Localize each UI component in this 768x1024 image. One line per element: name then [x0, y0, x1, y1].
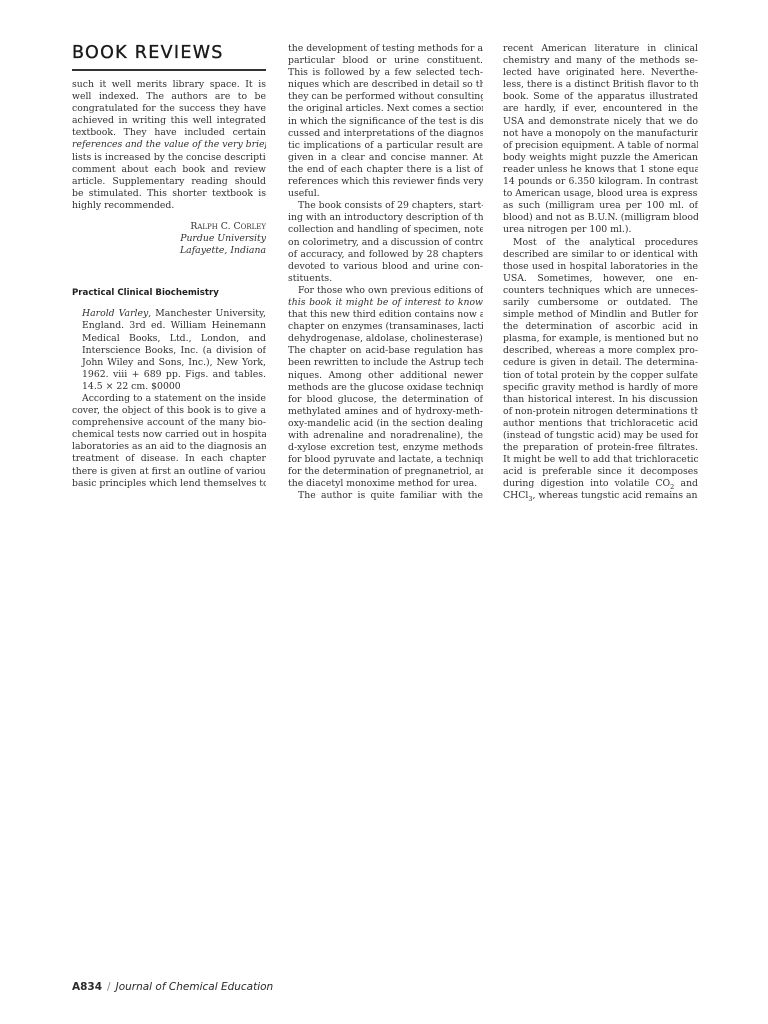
text-line: d-xylose excretion test, enzyme methods [288, 442, 483, 454]
column-2: the development of testing methods for a… [288, 43, 483, 503]
text-line: Medical Books, Ltd., London, and [72, 333, 266, 345]
text-line: as such (milligram urea per 100 ml. of [503, 200, 698, 212]
paragraph: The book consists of 29 chapters, start-… [288, 200, 483, 285]
text-line: references which this reviewer finds ver… [288, 176, 483, 188]
reviewer-signature: Ralph C. Corley Purdue University Lafaye… [72, 221, 266, 257]
text-line: of precision equipment. A table of norma… [503, 140, 698, 152]
column-3: recent American literature in clinical c… [503, 43, 698, 503]
text-line: that this new third edition contains now… [288, 309, 483, 321]
paragraph: For those who own previous editions of t… [288, 285, 483, 491]
text-line: they can be performed without consulting [288, 91, 483, 103]
text-line: niques. Among other additional newer [288, 370, 483, 382]
text-line: tion of total protein by the copper sulf… [503, 370, 698, 382]
text-line: for blood pyruvate and lactate, a techni… [288, 454, 483, 466]
text-line: treatment of disease. In each chapter [72, 453, 266, 465]
text-line: particular blood or urine constituent. [288, 55, 483, 67]
text-line: the determination of ascorbic acid in [503, 321, 698, 333]
text-line: the preparation of protein-free filtrate… [503, 442, 698, 454]
text-line: lected have originated here. Neverthe- [503, 67, 698, 79]
text-line: well indexed. The authors are to be [72, 91, 266, 103]
text-line: such it well merits library space. It is [72, 79, 266, 91]
text-line: The author is quite familiar with the [288, 490, 483, 502]
text-line: ing with an introductory description of … [288, 212, 483, 224]
text-line: CHCl3, whereas tungstic acid remains and [503, 490, 698, 502]
text-line: textbook. They have included certain [72, 127, 266, 139]
paragraph: recent American literature in clinical c… [503, 43, 698, 237]
text-line: reader unless he knows that 1 stone equa… [503, 164, 698, 176]
text-line: comprehensive account of the many bio- [72, 417, 266, 429]
review-body-start: According to a statement on the inside c… [72, 393, 266, 490]
text-line: not have a monopoly on the manufacturing [503, 128, 698, 140]
text-line: John Wiley and Sons, Inc.), New York, [72, 357, 266, 369]
text-line: comment about each book and review [72, 164, 266, 176]
text-line: cedure is given in detail. The determina… [503, 357, 698, 369]
text-line: acid is preferable since it decomposes [503, 466, 698, 478]
text-line: lists is increased by the concise descri… [72, 152, 266, 164]
reviewer-name: Ralph C. Corley [72, 221, 266, 233]
text-line: stituents. [288, 273, 483, 285]
text-line: given in a clear and concise manner. At [288, 152, 483, 164]
text-line: to American usage, blood urea is express… [503, 188, 698, 200]
header-rule [72, 69, 266, 71]
text-line: The chapter on acid-base regulation has [288, 345, 483, 357]
text-line: specific gravity method is hardly of mor… [503, 382, 698, 394]
text-line: highly recommended. [72, 200, 266, 212]
paragraph: The author is quite familiar with the [288, 490, 483, 502]
text-line: useful. [288, 188, 483, 200]
text-line: the end of each chapter there is a list … [288, 164, 483, 176]
text-line: urea nitrogen per 100 ml.). [503, 224, 698, 236]
reviewer-location: Lafayette, Indiana [72, 245, 266, 257]
text-line: tic implications of a particular result … [288, 140, 483, 152]
text-line: of accuracy, and followed by 28 chapters [288, 249, 483, 261]
page-footer: A834/Journal of Chemical Education [72, 981, 273, 993]
text-line: 14 pounds or 6.350 kilogram. In contrast [503, 176, 698, 188]
text-line: 14.5 × 22 cm. $0000 [72, 381, 266, 393]
text-line: basic principles which lend themselves t… [72, 478, 266, 490]
text-line: According to a statement on the inside [72, 393, 266, 405]
text-line: USA. Sometimes, however, one en- [503, 273, 698, 285]
text-line: body weights might puzzle the American [503, 152, 698, 164]
review-title: Practical Clinical Biochemistry [72, 287, 266, 299]
text-line: described, whereas a more complex pro- [503, 345, 698, 357]
text-line: the original articles. Next comes a sect… [288, 103, 483, 115]
text-line: than historical interest. In his discuss… [503, 394, 698, 406]
text-line: For those who own previous editions of [288, 285, 483, 297]
text-line: in which the significance of the test is… [288, 116, 483, 128]
text-line: methods are the glucose oxidase techniqu… [288, 382, 483, 394]
bibliographic-entry: Harold Varley, Manchester University, En… [72, 308, 266, 393]
reviewer-affiliation: Purdue University [72, 233, 266, 245]
text-line: are hardly, if ever, encountered in the [503, 103, 698, 115]
text-line: cussed and interpretations of the diagno… [288, 128, 483, 140]
journal-page: BOOK REVIEWS such it well merits library… [0, 0, 768, 1024]
text-line: there is given at first an outline of va… [72, 466, 266, 478]
section-header: BOOK REVIEWS [72, 43, 266, 63]
text-line: chapter on enzymes (transaminases, lacti… [288, 321, 483, 333]
text-line: references and the value of the very bri… [72, 139, 266, 151]
text-line: counters techniques which are unneces- [503, 285, 698, 297]
text-line: less, there is a distinct British flavor… [503, 79, 698, 91]
text-line: book. Some of the apparatus illustrated [503, 91, 698, 103]
journal-name: Journal of Chemical Education [116, 981, 274, 993]
paragraph: Most of the analytical procedures descri… [503, 237, 698, 503]
text-line: of non-protein nitrogen determinations t… [503, 406, 698, 418]
text-line: laboratories as an aid to the diagnosis … [72, 441, 266, 453]
text-line: cover, the object of this book is to giv… [72, 405, 266, 417]
text-line: author mentions that trichloracetic acid [503, 418, 698, 430]
text-line: plasma, for example, is mentioned but no… [503, 333, 698, 345]
text-line: methylated amines and of hydroxy-meth- [288, 406, 483, 418]
continued-review-text: such it well merits library space. It is… [72, 79, 266, 212]
text-line: recent American literature in clinical [503, 43, 698, 55]
text-line: This is followed by a few selected tech- [288, 67, 483, 79]
text-line: for the determination of pregnanetriol, … [288, 466, 483, 478]
text-line: article. Supplementary reading should [72, 176, 266, 188]
paragraph: the development of testing methods for a… [288, 43, 483, 200]
column-1: BOOK REVIEWS such it well merits library… [72, 43, 266, 490]
text-line: with adrenaline and noradrenaline), the [288, 430, 483, 442]
text-line: the diacetyl monoxime method for urea. [288, 478, 483, 490]
book-author: Harold Varley [82, 308, 148, 319]
page-number: A834 [72, 981, 102, 993]
text-line: chemical tests now carried out in hospit… [72, 429, 266, 441]
text-line: niques which are described in detail so … [288, 79, 483, 91]
text-line: (instead of tungstic acid) may be used f… [503, 430, 698, 442]
text-line: USA and demonstrate nicely that we do [503, 116, 698, 128]
text-line: achieved in writing this well integrated [72, 115, 266, 127]
text-line: simple method of Mindlin and Butler for [503, 309, 698, 321]
text-line: been rewritten to include the Astrup tec… [288, 357, 483, 369]
text-line: Interscience Books, Inc. (a division of [72, 345, 266, 357]
text-line: oxy-mandelic acid (in the section dealin… [288, 418, 483, 430]
footer-separator: / [107, 981, 111, 993]
text-line: It might be well to add that trichlorace… [503, 454, 698, 466]
text-line: this book it might be of interest to kno… [288, 297, 483, 309]
text-line: those used in hospital laboratories in t… [503, 261, 698, 273]
text-line: congratulated for the success they have [72, 103, 266, 115]
text-line: Harold Varley, Manchester University, [72, 308, 266, 320]
text-line: dehydrogenase, aldolase, cholinesterase)… [288, 333, 483, 345]
text-line: sarily cumbersome or outdated. The [503, 297, 698, 309]
text-line: the development of testing methods for a [288, 43, 483, 55]
text-line: chemistry and many of the methods se- [503, 55, 698, 67]
text-line: during digestion into volatile CO2 and [503, 478, 698, 490]
text-line: be stimulated. This shorter textbook is [72, 188, 266, 200]
text-line: The book consists of 29 chapters, start- [288, 200, 483, 212]
text-line: England. 3rd ed. William Heinemann [72, 320, 266, 332]
text-line: described are similar to or identical wi… [503, 249, 698, 261]
text-line: devoted to various blood and urine con- [288, 261, 483, 273]
text-line: Most of the analytical procedures [503, 237, 698, 249]
text-line: on colorimetry, and a discussion of cont… [288, 237, 483, 249]
text-line: for blood glucose, the determination of [288, 394, 483, 406]
text-line: collection and handling of specimen, not… [288, 224, 483, 236]
text-line: blood) and not as B.U.N. (milligram bloo… [503, 212, 698, 224]
text-line: 1962. viii + 689 pp. Figs. and tables. [72, 369, 266, 381]
